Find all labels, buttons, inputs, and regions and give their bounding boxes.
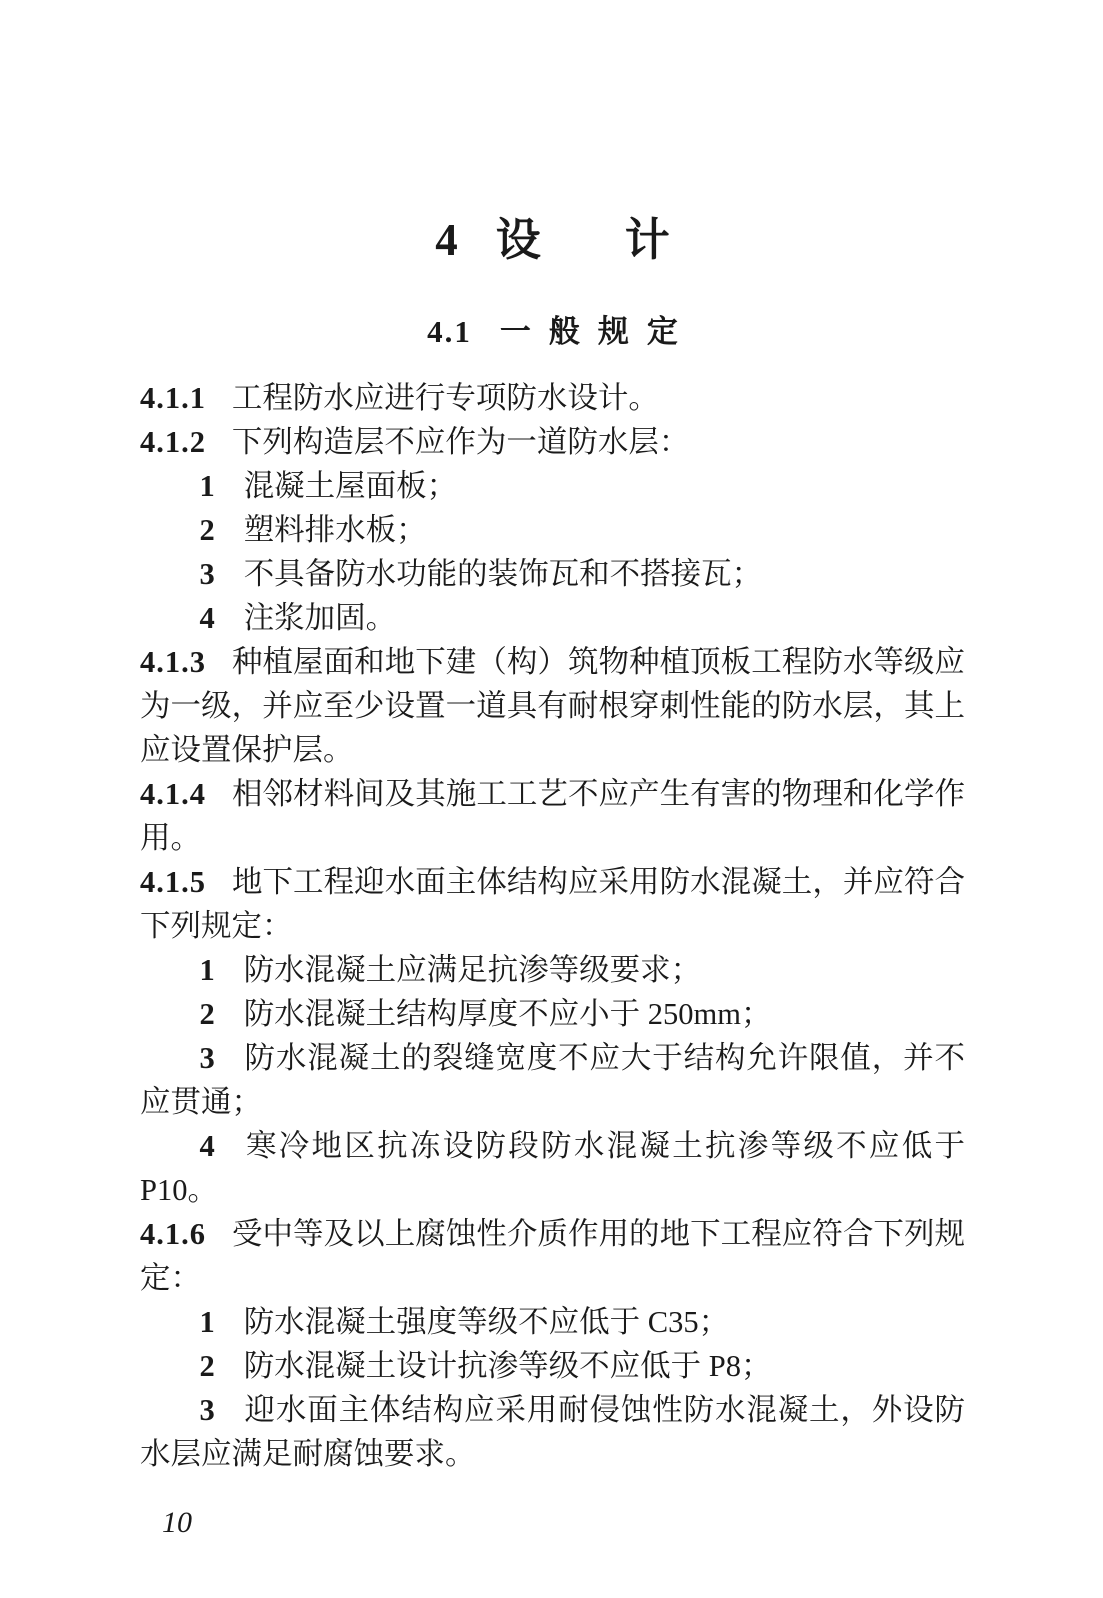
section-number: 4.1 [427, 314, 472, 349]
item-text: 混凝土屋面板； [244, 469, 458, 503]
clause-text: 相邻材料间及其施工工艺不应产生有害的物理和化学作用。 [140, 777, 965, 855]
item-number: 1 [199, 953, 214, 987]
item-text: 防水混凝土应满足抗渗等级要求； [244, 953, 702, 987]
clause-4-1-6-item-3: 3迎水面主体结构应采用耐侵蚀性防水混凝土，外设防水层应满足耐腐蚀要求。 [140, 1388, 965, 1476]
page-number: 10 [140, 1506, 965, 1540]
chapter-title-char-2: 计 [625, 215, 670, 265]
clause-number: 4.1.1 [140, 381, 206, 415]
clause-4-1-1: 4.1.1工程防水应进行专项防水设计。 [140, 376, 965, 420]
chapter-title-char-1: 设 [496, 215, 541, 265]
clause-4-1-5-item-4: 4寒冷地区抗冻设防段防水混凝土抗渗等级不应低于 P10。 [140, 1124, 965, 1212]
item-text: 寒冷地区抗冻设防段防水混凝土抗渗等级不应低于 P10。 [140, 1129, 965, 1207]
item-number: 1 [199, 469, 214, 503]
clause-text: 种植屋面和地下建（构）筑物种植顶板工程防水等级应为一级，并应至少设置一道具有耐根… [140, 645, 965, 767]
chapter-number: 4 [435, 215, 458, 265]
clause-number: 4.1.2 [140, 425, 206, 459]
item-number: 2 [199, 997, 214, 1031]
item-text: 防水混凝土强度等级不应低于 C35； [244, 1305, 729, 1339]
clause-4-1-2: 4.1.2下列构造层不应作为一道防水层： [140, 420, 965, 464]
item-text: 防水混凝土的裂缝宽度不应大于结构允许限值，并不应贯通； [140, 1041, 965, 1119]
clause-body: 4.1.1工程防水应进行专项防水设计。 4.1.2下列构造层不应作为一道防水层：… [140, 376, 965, 1476]
item-text: 迎水面主体结构应采用耐侵蚀性防水混凝土，外设防水层应满足耐腐蚀要求。 [140, 1393, 965, 1471]
document-page: 4设计 4.1一般规定 4.1.1工程防水应进行专项防水设计。 4.1.2下列构… [0, 0, 1103, 1598]
clause-text: 下列构造层不应作为一道防水层： [232, 425, 690, 459]
item-number: 3 [199, 557, 214, 591]
clause-4-1-2-item-4: 4注浆加固。 [140, 596, 965, 640]
item-number: 2 [199, 513, 214, 547]
clause-4-1-4: 4.1.4相邻材料间及其施工工艺不应产生有害的物理和化学作用。 [140, 772, 965, 860]
clause-text: 地下工程迎水面主体结构应采用防水混凝土，并应符合下列规定： [140, 865, 965, 943]
clause-4-1-6-item-2: 2防水混凝土设计抗渗等级不应低于 P8； [140, 1344, 965, 1388]
clause-4-1-5-item-3: 3防水混凝土的裂缝宽度不应大于结构允许限值，并不应贯通； [140, 1036, 965, 1124]
clause-number: 4.1.3 [140, 645, 206, 679]
clause-4-1-6: 4.1.6受中等及以上腐蚀性介质作用的地下工程应符合下列规定： [140, 1212, 965, 1300]
section-title: 一般规定 [500, 314, 696, 349]
clause-4-1-5: 4.1.5地下工程迎水面主体结构应采用防水混凝土，并应符合下列规定： [140, 860, 965, 948]
item-number: 3 [199, 1393, 214, 1427]
chapter-heading: 4设计 [140, 214, 965, 266]
item-number: 4 [199, 1129, 214, 1163]
item-number: 4 [199, 601, 214, 635]
section-heading: 4.1一般规定 [140, 313, 965, 350]
clause-number: 4.1.5 [140, 865, 206, 899]
clause-text: 工程防水应进行专项防水设计。 [232, 381, 659, 415]
item-number: 1 [199, 1305, 214, 1339]
clause-4-1-2-item-3: 3不具备防水功能的装饰瓦和不搭接瓦； [140, 552, 965, 596]
clause-number: 4.1.4 [140, 777, 206, 811]
item-number: 2 [199, 1349, 214, 1383]
clause-4-1-6-item-1: 1防水混凝土强度等级不应低于 C35； [140, 1300, 965, 1344]
clause-4-1-2-item-2: 2塑料排水板； [140, 508, 965, 552]
clause-4-1-5-item-2: 2防水混凝土结构厚度不应小于 250mm； [140, 992, 965, 1036]
item-number: 3 [199, 1041, 214, 1075]
clause-4-1-3: 4.1.3种植屋面和地下建（构）筑物种植顶板工程防水等级应为一级，并应至少设置一… [140, 640, 965, 772]
item-text: 塑料排水板； [244, 513, 427, 547]
item-text: 不具备防水功能的装饰瓦和不搭接瓦； [244, 557, 763, 591]
clause-number: 4.1.6 [140, 1217, 206, 1251]
item-text: 防水混凝土设计抗渗等级不应低于 P8； [244, 1349, 772, 1383]
clause-4-1-2-item-1: 1混凝土屋面板； [140, 464, 965, 508]
item-text: 注浆加固。 [244, 601, 397, 635]
clause-4-1-5-item-1: 1防水混凝土应满足抗渗等级要求； [140, 948, 965, 992]
item-text: 防水混凝土结构厚度不应小于 250mm； [244, 997, 772, 1031]
clause-text: 受中等及以上腐蚀性介质作用的地下工程应符合下列规定： [140, 1217, 965, 1295]
